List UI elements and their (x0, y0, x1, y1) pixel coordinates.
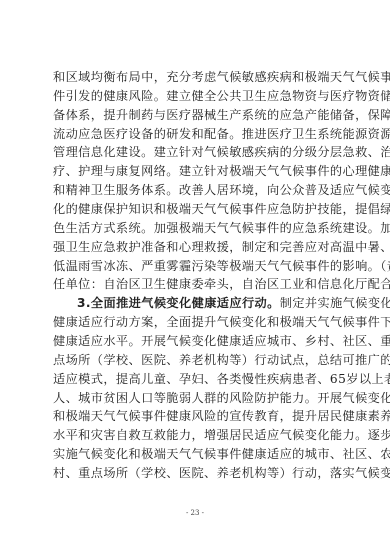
page-number: - 23 - (0, 509, 390, 517)
text-line: 管理信息化建设。建立针对气候敏感疾病的分级分层急救、治 (53, 143, 343, 162)
document-page: 和区域均衡布局中，充分考虑气候敏感疾病和极端天气气候事 件引发的健康风险。建立健… (0, 0, 390, 551)
text-line: 件引发的健康风险。建立健全公共卫生应急物资与医疗物资储 (53, 87, 343, 106)
text-line: 和精神卫生服务体系。改善人居环境，向公众普及适应气候变 (53, 181, 343, 200)
text-line: 色生活方式系统。加强极端天气气候事件的应急系统建设。加 (53, 219, 343, 238)
text-line: 化的健康保护知识和极端天气气候事件应急防护技能，提倡绿 (53, 200, 343, 219)
text-line: 健康适应行动方案，全面提升气候变化和极端天气气候事件下 (53, 313, 343, 332)
text-line: 强卫生应急救护准备和心理救援，制定和完善应对高温中暑、 (53, 238, 343, 257)
section-3-heading: 3.全面推进气候变化健康适应行动。 (77, 296, 280, 310)
section-3-first-line: 3.全面推进气候变化健康适应行动。制定并实施气候变化 (53, 294, 343, 313)
text-line: 点场所（学校、医院、养老机构等）行动试点，总结可推广的 (53, 351, 343, 370)
body-text: 和区域均衡布局中，充分考虑气候敏感疾病和极端天气气候事 件引发的健康风险。建立健… (53, 68, 343, 483)
text-line: 疗、护理与康复网络。建立针对极端天气气候事件的心理健康 (53, 162, 343, 181)
section-3-first-line-text: 制定并实施气候变化 (280, 296, 390, 310)
text-line: 水平和灾害自救互救能力，增强居民适应气候变化能力。逐步 (53, 426, 343, 445)
text-line: 和极端天气气候事件健康风险的宣传教育，提升居民健康素养 (53, 407, 343, 426)
text-line: 流动应急医疗设备的研发和配备。推进医疗卫生系统能源资源 (53, 125, 343, 144)
text-line: 实施气候变化和极端天气气候事件健康适应的城市、社区、农 (53, 445, 343, 464)
text-line: 备体系，提升制药与医疗器械生产系统的应急产能储备，保障 (53, 106, 343, 125)
text-line: 村、重点场所（学校、医院、养老机构等）行动，落实气候变 (53, 464, 343, 483)
text-line: 人、城市贫困人口等脆弱人群的风险防护能力。开展气候变化 (53, 389, 343, 408)
text-line: 和区域均衡布局中，充分考虑气候敏感疾病和极端天气气候事 (53, 68, 343, 87)
text-line: 任单位：自治区卫生健康委牵头，自治区工业和信息化厅配合） (53, 275, 343, 294)
text-line: 低温雨雪冰冻、严重雾霾污染等极端天气气候事件的影响。（责 (53, 257, 343, 276)
text-line: 健康适应水平。开展气候变化健康适应城市、乡村、社区、重 (53, 332, 343, 351)
text-line: 适应模式，提高儿童、孕妇、各类慢性疾病患者、65岁以上老 (53, 370, 343, 389)
